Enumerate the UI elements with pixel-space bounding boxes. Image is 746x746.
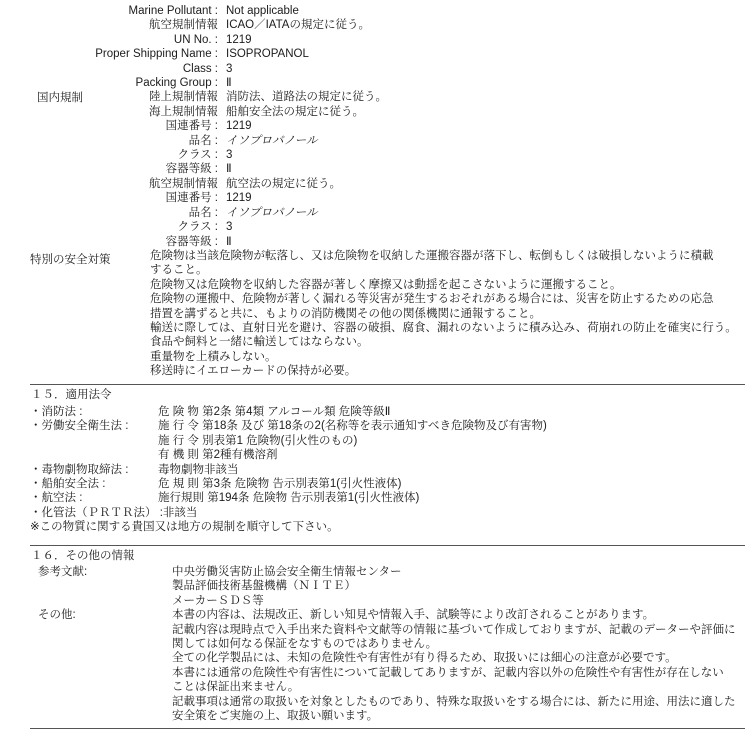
law-label: ・化管法（ＰＲＴＲ法） : <box>30 506 163 520</box>
law-value: 非該当 <box>163 506 198 520</box>
field-label: 国連番号 : <box>0 191 218 205</box>
section-16-title: １６．その他の情報 <box>31 549 746 563</box>
field-value: ISOPROPANOL <box>226 47 309 61</box>
field-label: 容器等級 : <box>0 235 218 249</box>
law-value: 危 険 物 第2条 第4類 アルコール類 危険等級Ⅱ <box>158 405 390 419</box>
table-row: 容器等級 :Ⅱ <box>0 162 746 176</box>
section-15-title: １５．適用法令 <box>31 388 746 402</box>
text-line: 輸送に際しては、直射日光を避け、容器の破損、腐食、漏れのないように積み込み、荷崩… <box>150 321 746 335</box>
text-line: 本書の内容は、法規改正、新しい知見や情報入手、試験等により改訂されることがありま… <box>172 608 736 622</box>
table-row: UN No. :1219 <box>0 33 746 47</box>
field-value: 3 <box>226 62 232 76</box>
table-row: ・化管法（ＰＲＴＲ法） : 非該当 <box>0 506 746 520</box>
table-row: Packing Group :Ⅱ <box>0 76 746 90</box>
table-row: ・船舶安全法 : 危 規 則 第3条 危険物 告示別表第1(引火性液体) <box>0 477 746 491</box>
field-value: 航空法の規定に従う。 <box>226 177 341 191</box>
field-label: Proper Shipping Name : <box>0 47 218 61</box>
table-row: ・消防法 : 危 険 物 第2条 第4類 アルコール類 危険等級Ⅱ <box>0 405 746 419</box>
text-line: メーカーＳＤＳ等 <box>172 594 402 608</box>
other-value: 本書の内容は、法規改正、新しい知見や情報入手、試験等により改訂されることがありま… <box>172 608 736 723</box>
text-line: 危 険 物 第2条 第4類 アルコール類 危険等級Ⅱ <box>158 405 390 419</box>
law-value: 毒物劇物非該当 <box>158 463 239 477</box>
law-label: ・消防法 : <box>30 405 158 419</box>
table-row: クラス :3 <box>0 148 746 162</box>
table-row: ・労働安全衛生法 : 施 行 令 第18条 及び 第18条の2(名称等を表示通知… <box>0 419 746 462</box>
field-label: 陸上規制情報 <box>0 90 218 104</box>
text-line: ことは保証出来ません。 <box>172 680 736 694</box>
field-value: Ⅱ <box>226 162 232 176</box>
table-row: 容器等級 :Ⅱ <box>0 235 746 249</box>
text-line: 有 機 則 第2種有機溶剤 <box>158 448 547 462</box>
text-line: 施行規則 第194条 危険物 告示別表第1(引火性液体) <box>158 491 419 505</box>
table-row: クラス :3 <box>0 220 746 234</box>
table-row: 参考文献: 中央労働災害防止協会安全衛生情報センター 製品評価技術基盤機構（ＮＩ… <box>0 565 746 608</box>
text-line: 記載内容は現時点で入手出来た資料や文献等の情報に基づいて作成しておりますが、記載… <box>172 623 736 637</box>
table-row: 国連番号 :1219 <box>0 191 746 205</box>
field-value: 1219 <box>226 33 252 47</box>
text-line: 非該当 <box>163 506 198 520</box>
table-row: Marine Pollutant :Not applicable <box>0 4 746 18</box>
field-value: 船舶安全法の規定に従う。 <box>226 105 364 119</box>
field-label: 容器等級 : <box>0 162 218 176</box>
table-row: 品名 :イソプロパノール <box>0 134 746 148</box>
law-value: 危 規 則 第3条 危険物 告示別表第1(引火性液体) <box>158 477 401 491</box>
law-label: ・船舶安全法 : <box>30 477 158 491</box>
law-label: ・毒物劇物取締法 : <box>30 463 158 477</box>
table-row: 品名 :イソプロパノール <box>0 206 746 220</box>
section-divider <box>30 545 745 546</box>
table-row: 航空規制情報航空法の規定に従う。 <box>0 177 746 191</box>
text-line: 中央労働災害防止協会安全衛生情報センター <box>172 565 402 579</box>
special-safety-measures-text: 危険物は当該危険物が転落し、又は危険物を収納した運搬容器が落下し、転倒もしくは破… <box>150 249 746 379</box>
other-information-section: 参考文献: 中央労働災害防止協会安全衛生情報センター 製品評価技術基盤機構（ＮＩ… <box>0 565 746 723</box>
text-line: 食品や飼料と一緒に輸送してはならない。 <box>150 335 746 349</box>
applicable-laws-section: ・消防法 : 危 険 物 第2条 第4類 アルコール類 危険等級Ⅱ ・労働安全衛… <box>0 405 746 535</box>
other-label: その他: <box>38 608 172 723</box>
field-value: ICAO／IATAの規定に従う。 <box>226 18 370 32</box>
law-value: 施 行 令 第18条 及び 第18条の2(名称等を表示通知すべき危険物及び有害物… <box>158 419 547 462</box>
field-label: 航空規制情報 <box>0 18 218 32</box>
category-label-domestic-regulation: 国内規制 <box>37 91 83 105</box>
field-label: 航空規制情報 <box>0 177 218 191</box>
text-line: 措置を講ずると共に、もよりの消防機関その他の関係機関に通報すること。 <box>150 307 746 321</box>
table-row: Class :3 <box>0 62 746 76</box>
field-value: イソプロパノール <box>226 206 317 220</box>
field-label: UN No. : <box>0 33 218 47</box>
field-label: 品名 : <box>0 206 218 220</box>
text-line: 移送時にイエローカードの保持が必要。 <box>150 364 746 378</box>
table-row: 国連番号 :1219 <box>0 119 746 133</box>
field-value: Ⅱ <box>226 235 232 249</box>
text-line: すること。 <box>150 263 746 277</box>
field-label: Marine Pollutant : <box>0 4 218 18</box>
law-value: 施行規則 第194条 危険物 告示別表第1(引火性液体) <box>158 491 419 505</box>
section-divider <box>30 384 745 385</box>
field-label: クラス : <box>0 148 218 162</box>
table-row: 海上規制情報船舶安全法の規定に従う。 <box>0 105 746 119</box>
text-line: 施 行 令 別表第1 危険物(引火性のもの) <box>158 434 547 448</box>
table-row: 陸上規制情報消防法、道路法の規定に従う。 <box>0 90 746 104</box>
text-line: 重量物を上積みしない。 <box>150 350 746 364</box>
text-line: 安全策をご実施の上、取扱い願います。 <box>172 709 736 723</box>
field-value: 1219 <box>226 191 252 205</box>
text-line: 本書には通常の危険性や有害性について記載してありますが、記載内容以外の危険性や有… <box>172 666 736 680</box>
text-line: 全ての化学製品には、未知の危険性や有害性が有り得るため、取扱いには細心の注意が必… <box>172 651 736 665</box>
text-line: 危険物又は危険物を収納した容器が著しく摩擦又は動揺を起こさないように運搬すること… <box>150 278 746 292</box>
text-line: 危 規 則 第3条 危険物 告示別表第1(引火性液体) <box>158 477 401 491</box>
table-row: 航空規制情報ICAO／IATAの規定に従う。 <box>0 18 746 32</box>
field-value: 3 <box>226 148 232 162</box>
reference-value: 中央労働災害防止協会安全衛生情報センター 製品評価技術基盤機構（ＮＩＴＥ） メー… <box>172 565 402 608</box>
field-value: 消防法、道路法の規定に従う。 <box>226 90 387 104</box>
reference-label: 参考文献: <box>38 565 172 608</box>
table-row: Proper Shipping Name :ISOPROPANOL <box>0 47 746 61</box>
text-line: 記載事項は通常の取扱いを対象としたものであり、特殊な取扱いをする場合には、新たに… <box>172 695 736 709</box>
category-label-special-safety-measures: 特別の安全対策 <box>30 253 111 267</box>
regulation-compliance-note: ※この物質に関する貴国又は地方の規制を順守して下さい。 <box>30 520 746 534</box>
text-line: 施 行 令 第18条 及び 第18条の2(名称等を表示通知すべき危険物及び有害物… <box>158 419 547 433</box>
text-line: 毒物劇物非該当 <box>158 463 239 477</box>
text-line: 危険物は当該危険物が転落し、又は危険物を収納した運搬容器が落下し、転倒もしくは破… <box>150 249 746 263</box>
section-divider <box>30 728 745 729</box>
field-value: イソプロパノール <box>226 134 317 148</box>
field-label: 国連番号 : <box>0 119 218 133</box>
field-value: Not applicable <box>226 4 299 18</box>
field-label: Packing Group : <box>0 76 218 90</box>
sds-document-page: 国内規制 特別の安全対策 Marine Pollutant :Not appli… <box>0 0 746 746</box>
field-value: Ⅱ <box>226 76 232 90</box>
field-label: Class : <box>0 62 218 76</box>
table-row: その他: 本書の内容は、法規改正、新しい知見や情報入手、試験等により改訂されるこ… <box>0 608 746 723</box>
table-row: ・航空法 : 施行規則 第194条 危険物 告示別表第1(引火性液体) <box>0 491 746 505</box>
field-label: クラス : <box>0 220 218 234</box>
field-label: 品名 : <box>0 134 218 148</box>
law-label: ・航空法 : <box>30 491 158 505</box>
law-label: ・労働安全衛生法 : <box>30 419 158 462</box>
text-line: 関しては如何なる保証をなすものではありません。 <box>172 637 736 651</box>
field-value: 3 <box>226 220 232 234</box>
field-label: 海上規制情報 <box>0 105 218 119</box>
text-line: 危険物の運搬中、危険物が著しく漏れる等災害が発生するおそれがある場合には、災害を… <box>150 292 746 306</box>
field-value: 1219 <box>226 119 252 133</box>
transport-info-section: Marine Pollutant :Not applicable 航空規制情報I… <box>0 4 746 249</box>
text-line: 製品評価技術基盤機構（ＮＩＴＥ） <box>172 579 402 593</box>
table-row: ・毒物劇物取締法 : 毒物劇物非該当 <box>0 463 746 477</box>
